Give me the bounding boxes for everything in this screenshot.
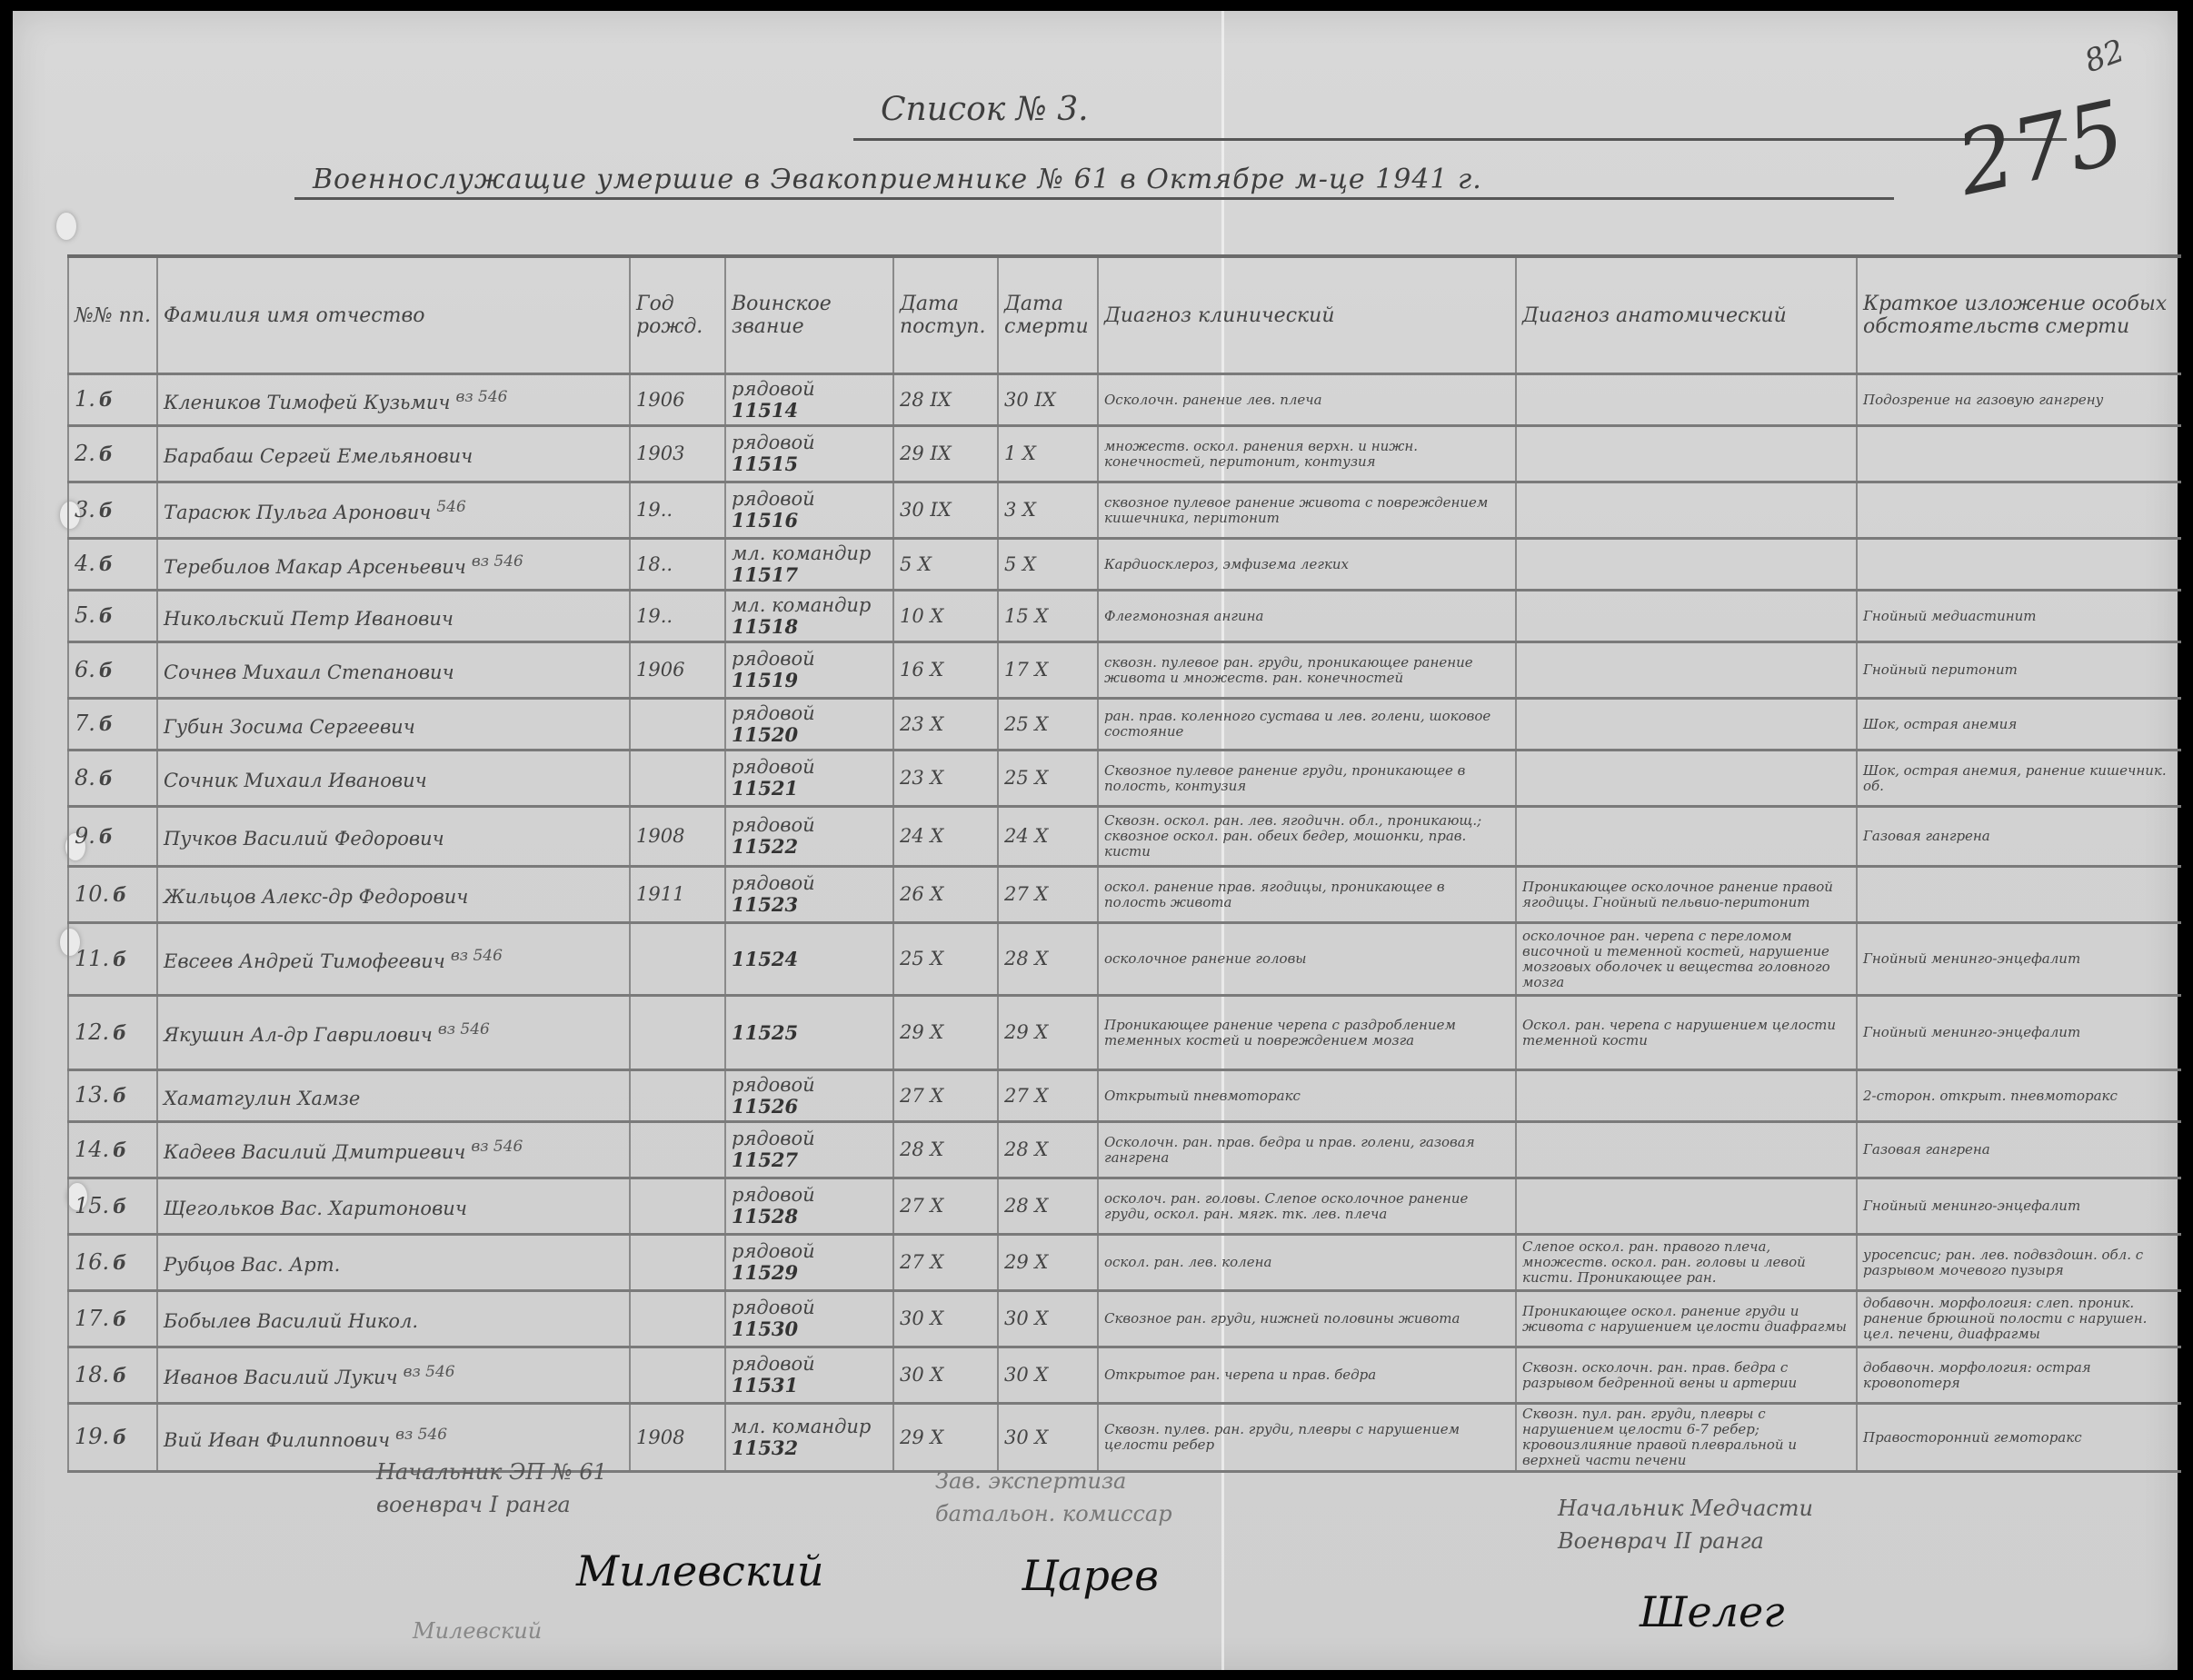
- circumstances: 2-сторон. открыт. пневмоторакс: [1857, 1070, 2181, 1122]
- date-admitted: 27 X: [893, 1235, 998, 1291]
- soldier-name: Пучков Василий Федорович: [164, 828, 444, 850]
- rank: рядовой: [732, 488, 815, 510]
- registration-number: 11521: [732, 777, 798, 800]
- diagnosis-anatomical: [1516, 591, 1857, 642]
- soldier-name: Евсеев Андрей Тимофеевич: [164, 950, 445, 972]
- row-number: 18.: [75, 1362, 109, 1387]
- row-mark: б: [113, 1251, 126, 1274]
- circumstances: Гнойный менинго-энцефалит: [1857, 996, 2181, 1070]
- registration-number: 11520: [732, 723, 798, 746]
- rank: рядовой: [732, 1240, 815, 1262]
- date-death: 24 X: [998, 807, 1098, 867]
- diagnosis-anatomical: Сквозн. осколочн. ран. прав. бедра с раз…: [1516, 1347, 1857, 1404]
- birth-year: 18..: [630, 539, 725, 591]
- row-mark: б: [99, 442, 113, 465]
- diagnosis-clinical: сквозное пулевое ранение живота с повреж…: [1098, 482, 1516, 539]
- birth-year: [630, 1122, 725, 1178]
- soldier-name: Барабаш Сергей Емельянович: [164, 445, 473, 467]
- birth-year: 1906: [630, 374, 725, 426]
- table-row: 15.бЩегольков Вас. Харитоновичрядовой 11…: [68, 1178, 2181, 1235]
- date-death: 30 X: [998, 1291, 1098, 1347]
- circumstances: [1857, 426, 2181, 482]
- registration-number: 11514: [732, 399, 798, 422]
- diagnosis-clinical: Сквозное ран. груди, нижней половины жив…: [1098, 1291, 1516, 1347]
- header-rank: Воинское звание: [725, 256, 893, 374]
- date-admitted: 30 X: [893, 1291, 998, 1347]
- diagnosis-anatomical: [1516, 539, 1857, 591]
- signatory-title: Зав. экспертиза: [935, 1465, 1172, 1497]
- diagnosis-anatomical: Сквозн. пул. ран. груди, плевры с наруше…: [1516, 1404, 1857, 1472]
- date-death: 28 X: [998, 1122, 1098, 1178]
- table-row: 11.бЕвсеев Андрей Тимофеевичвз 546 11524…: [68, 923, 2181, 996]
- row-number: 6.: [75, 657, 95, 682]
- header-date-death: Дата смерти: [998, 256, 1098, 374]
- signature-medical-chief: Шелег: [1640, 1587, 1784, 1636]
- header-diagnosis-clinical: Диагноз клинический: [1098, 256, 1516, 374]
- rank: мл. командир: [732, 594, 871, 616]
- circumstances: Подозрение на газовую гангрену: [1857, 374, 2181, 426]
- circumstances: Гнойный перитонит: [1857, 642, 2181, 699]
- diagnosis-anatomical: [1516, 699, 1857, 751]
- document-page: Список № 3. Военнослужащие умершие в Эва…: [13, 11, 2178, 1670]
- row-mark: б: [113, 1307, 126, 1330]
- soldier-name: Иванов Василий Лукич: [164, 1367, 398, 1388]
- burial-note: 546: [436, 498, 465, 516]
- diagnosis-anatomical: Слепое оскол. ран. правого плеча, множес…: [1516, 1235, 1857, 1291]
- burial-note: вз 546: [455, 388, 507, 406]
- soldier-name: Якушин Ал-др Гаврилович: [164, 1024, 433, 1046]
- diagnosis-anatomical: [1516, 482, 1857, 539]
- date-death: 17 X: [998, 642, 1098, 699]
- soldier-name: Клеников Тимофей Кузьмич: [164, 392, 450, 413]
- diagnosis-clinical: Проникающее ранение черепа с раздроблени…: [1098, 996, 1516, 1070]
- date-death: 28 X: [998, 923, 1098, 996]
- diagnosis-clinical: Сквозн. пулев. ран. груди, плевры с нару…: [1098, 1404, 1516, 1472]
- diagnosis-anatomical: [1516, 426, 1857, 482]
- soldier-name: Вий Иван Филиппович: [164, 1429, 390, 1451]
- table-row: 17.бБобылев Василий Никол.рядовой 115303…: [68, 1291, 2181, 1347]
- circumstances: Шок, острая анемия: [1857, 699, 2181, 751]
- row-mark: б: [99, 712, 113, 735]
- date-death: 25 X: [998, 699, 1098, 751]
- registration-number: 11516: [732, 509, 798, 532]
- signature-block-medical-chief: Начальник Медчасти Военврач II ранга: [1558, 1492, 1813, 1557]
- soldier-name: Теребилов Макар Арсеньевич: [164, 556, 466, 578]
- burial-note: вз 546: [471, 1138, 523, 1156]
- row-mark: б: [113, 1426, 126, 1448]
- signatory-rank: военврач I ранга: [376, 1488, 607, 1521]
- signatory-title: Начальник Медчасти: [1558, 1492, 1813, 1525]
- row-number: 5.: [75, 602, 95, 628]
- rank: мл. командир: [732, 1416, 871, 1437]
- soldier-name: Рубцов Вас. Арт.: [164, 1254, 340, 1276]
- row-mark: б: [99, 659, 113, 681]
- row-mark: б: [99, 499, 113, 522]
- diagnosis-clinical: Сквозное пулевое ранение груди, проникаю…: [1098, 751, 1516, 807]
- date-death: 1 X: [998, 426, 1098, 482]
- header-date-admitted: Дата поступ.: [893, 256, 998, 374]
- diagnosis-clinical: множеств. оскол. ранения верхн. и нижн. …: [1098, 426, 1516, 482]
- table-row: 8.бСочник Михаил Ивановичрядовой 1152123…: [68, 751, 2181, 807]
- header-num: №№ пп.: [68, 256, 157, 374]
- circumstances: добавочн. морфология: слеп. проник. ране…: [1857, 1291, 2181, 1347]
- row-number: 11.: [75, 946, 109, 971]
- circumstances: Шок, острая анемия, ранение кишечник. об…: [1857, 751, 2181, 807]
- diagnosis-clinical: Осколочн. ран. прав. бедра и прав. голен…: [1098, 1122, 1516, 1178]
- row-number: 19.: [75, 1424, 109, 1449]
- row-number: 2.: [75, 441, 95, 466]
- burial-note: вз 546: [404, 1363, 455, 1381]
- date-admitted: 24 X: [893, 807, 998, 867]
- diagnosis-anatomical: Проникающее оскол. ранение груди и живот…: [1516, 1291, 1857, 1347]
- birth-year: 1908: [630, 1404, 725, 1472]
- signature-expert: Царев: [1022, 1551, 1159, 1600]
- birth-year: [630, 699, 725, 751]
- burial-note: вз 546: [451, 947, 503, 965]
- row-number: 1.: [75, 386, 95, 412]
- date-death: 25 X: [998, 751, 1098, 807]
- diagnosis-clinical: оскол. ранение прав. ягодицы, проникающе…: [1098, 867, 1516, 923]
- table-row: 16.бРубцов Вас. Арт.рядовой 1152927 X29 …: [68, 1235, 2181, 1291]
- date-admitted: 25 X: [893, 923, 998, 996]
- date-death: 27 X: [998, 1070, 1098, 1122]
- row-number: 14.: [75, 1137, 109, 1162]
- circumstances: Гнойный менинго-энцефалит: [1857, 1178, 2181, 1235]
- birth-year: 19..: [630, 482, 725, 539]
- rank: рядовой: [732, 1184, 815, 1206]
- circumstances: Правосторонний гемоторакс: [1857, 1404, 2181, 1472]
- date-admitted: 29 X: [893, 996, 998, 1070]
- date-death: 27 X: [998, 867, 1098, 923]
- registration-number: 11528: [732, 1205, 798, 1228]
- birth-year: 1906: [630, 642, 725, 699]
- row-mark: б: [99, 388, 113, 411]
- table-row: 7.бГубин Зосима Сергеевичрядовой 1152023…: [68, 699, 2181, 751]
- date-admitted: 23 X: [893, 751, 998, 807]
- registration-number: 11523: [732, 893, 798, 916]
- diagnosis-anatomical: [1516, 1070, 1857, 1122]
- diagnosis-clinical: осколочное ранение головы: [1098, 923, 1516, 996]
- burial-note: вз 546: [472, 552, 523, 571]
- diagnosis-clinical: Кардиосклероз, эмфизема легких: [1098, 539, 1516, 591]
- row-mark: б: [99, 552, 113, 575]
- burial-note: вз 546: [395, 1426, 447, 1444]
- rank: рядовой: [732, 648, 815, 670]
- diagnosis-anatomical: осколочное ран. черепа с переломом височ…: [1516, 923, 1857, 996]
- date-admitted: 27 X: [893, 1178, 998, 1235]
- date-death: 3 X: [998, 482, 1098, 539]
- registration-number: 11519: [732, 669, 798, 691]
- diagnosis-clinical: Флегмонозная ангина: [1098, 591, 1516, 642]
- document-subtitle: Военнослужащие умершие в Эвакоприемнике …: [313, 164, 1482, 195]
- registration-number: 11522: [732, 835, 798, 858]
- birth-year: [630, 751, 725, 807]
- row-number: 13.: [75, 1082, 109, 1108]
- registration-number: 11518: [732, 615, 798, 638]
- archive-page-number: 275: [1949, 81, 2133, 215]
- date-death: 30 X: [998, 1404, 1098, 1472]
- signature-block-expert: Зав. экспертиза батальон. комиссар: [935, 1465, 1172, 1530]
- table-row: 14.бКадеев Василий Дмитриевичвз 546рядов…: [68, 1122, 2181, 1178]
- registration-number: 11524: [732, 948, 798, 970]
- date-admitted: 28 IX: [893, 374, 998, 426]
- rank: рядовой: [732, 814, 815, 836]
- row-number: 16.: [75, 1249, 109, 1275]
- date-admitted: 28 X: [893, 1122, 998, 1178]
- row-number: 4.: [75, 551, 95, 576]
- rank: рядовой: [732, 872, 815, 894]
- header-birth-year: Год рожд.: [630, 256, 725, 374]
- diagnosis-anatomical: [1516, 642, 1857, 699]
- birth-year: 19..: [630, 591, 725, 642]
- soldier-name: Сочнев Михаил Степанович: [164, 661, 454, 683]
- birth-year: [630, 1347, 725, 1404]
- birth-year: [630, 1291, 725, 1347]
- diagnosis-clinical: оскол. ран. лев. колена: [1098, 1235, 1516, 1291]
- diagnosis-anatomical: [1516, 1122, 1857, 1178]
- birth-year: [630, 996, 725, 1070]
- rank: рядовой: [732, 1128, 815, 1149]
- row-mark: б: [113, 1084, 126, 1107]
- registration-number: 11527: [732, 1148, 798, 1171]
- burial-note: вз 546: [438, 1020, 490, 1039]
- registration-number: 11530: [732, 1317, 798, 1340]
- diagnosis-anatomical: [1516, 374, 1857, 426]
- soldier-name: Сочник Михаил Иванович: [164, 770, 427, 791]
- date-death: 28 X: [998, 1178, 1098, 1235]
- row-number: 10.: [75, 881, 109, 907]
- title-underline: [853, 138, 2067, 141]
- row-number: 3.: [75, 497, 95, 522]
- table-row: 4.бТеребилов Макар Арсеньевичвз 54618..м…: [68, 539, 2181, 591]
- document-title: Список № 3.: [881, 91, 1089, 128]
- table-row: 3.бТарасюк Пульга Аронович54619..рядовой…: [68, 482, 2181, 539]
- diagnosis-clinical: Осколочн. ранение лев. плеча: [1098, 374, 1516, 426]
- header-diagnosis-anatomical: Диагноз анатомический: [1516, 256, 1857, 374]
- diagnosis-anatomical: [1516, 1178, 1857, 1235]
- diagnosis-clinical: сквозн. пулевое ран. груди, проникающее …: [1098, 642, 1516, 699]
- rank: рядовой: [732, 1297, 815, 1318]
- row-number: 12.: [75, 1019, 109, 1045]
- row-mark: б: [113, 883, 126, 906]
- rank: рядовой: [732, 1074, 815, 1096]
- soldier-name: Бобылев Василий Никол.: [164, 1310, 418, 1332]
- signatory-rank: Военврач II ранга: [1558, 1525, 1813, 1557]
- circumstances: добавочн. морфология: острая кровопотеря: [1857, 1347, 2181, 1404]
- registration-number: 11526: [732, 1095, 798, 1118]
- registration-number: 11515: [732, 452, 798, 475]
- date-admitted: 27 X: [893, 1070, 998, 1122]
- registration-number: 11529: [732, 1261, 798, 1284]
- table-header-row: №№ пп. Фамилия имя отчество Год рожд. Во…: [68, 256, 2181, 374]
- signatory-name-below: Милевский: [413, 1615, 542, 1647]
- registration-number: 11531: [732, 1374, 798, 1397]
- archive-old-number: 82: [2079, 33, 2128, 80]
- row-number: 17.: [75, 1306, 109, 1331]
- birth-year: [630, 1178, 725, 1235]
- rank: рядовой: [732, 378, 815, 400]
- circumstances: [1857, 539, 2181, 591]
- registration-number: 11525: [732, 1021, 798, 1044]
- row-mark: б: [113, 1138, 126, 1161]
- table-row: 6.бСочнев Михаил Степанович1906рядовой 1…: [68, 642, 2181, 699]
- row-mark: б: [113, 1195, 126, 1218]
- row-mark: б: [113, 1364, 126, 1387]
- diagnosis-clinical: Открытое ран. черепа и прав. бедра: [1098, 1347, 1516, 1404]
- registration-number: 11532: [732, 1436, 798, 1459]
- birth-year: 1908: [630, 807, 725, 867]
- signatory-rank: батальон. комиссар: [935, 1497, 1172, 1530]
- diagnosis-anatomical: [1516, 807, 1857, 867]
- table-row: 10.бЖильцов Алекс-др Федорович1911рядово…: [68, 867, 2181, 923]
- signature-chief: Милевский: [576, 1546, 824, 1596]
- header-circumstances: Краткое изложение особых обстоятельств с…: [1857, 256, 2181, 374]
- date-death: 5 X: [998, 539, 1098, 591]
- date-admitted: 29 IX: [893, 426, 998, 482]
- subtitle-underline: [294, 197, 1894, 200]
- date-death: 15 X: [998, 591, 1098, 642]
- table-row: 5.бНикольский Петр Иванович19..мл. коман…: [68, 591, 2181, 642]
- birth-year: [630, 1070, 725, 1122]
- soldier-name: Щегольков Вас. Харитонович: [164, 1198, 467, 1219]
- diagnosis-clinical: ран. прав. коленного сустава и лев. голе…: [1098, 699, 1516, 751]
- circumstances: Газовая гангрена: [1857, 807, 2181, 867]
- soldier-name: Кадеев Василий Дмитриевич: [164, 1141, 465, 1163]
- birth-year: [630, 1235, 725, 1291]
- circumstances: уросепсис; ран. лев. подвздошн. обл. с р…: [1857, 1235, 2181, 1291]
- birth-year: [630, 923, 725, 996]
- table-row: 18.бИванов Василий Лукичвз 546рядовой 11…: [68, 1347, 2181, 1404]
- header-name: Фамилия имя отчество: [157, 256, 630, 374]
- date-death: 30 IX: [998, 374, 1098, 426]
- soldier-name: Тарасюк Пульга Аронович: [164, 502, 431, 523]
- date-death: 30 X: [998, 1347, 1098, 1404]
- row-mark: б: [99, 604, 113, 627]
- rank: рядовой: [732, 756, 815, 778]
- row-number: 8.: [75, 765, 95, 790]
- date-admitted: 30 IX: [893, 482, 998, 539]
- row-mark: б: [99, 825, 113, 848]
- circumstances: Гнойный менинго-энцефалит: [1857, 923, 2181, 996]
- row-mark: б: [113, 948, 126, 970]
- rank: рядовой: [732, 432, 815, 453]
- table-row: 9.бПучков Василий Федорович1908рядовой 1…: [68, 807, 2181, 867]
- signature-block-chief: Начальник ЭП № 61 военврач I ранга: [376, 1456, 607, 1521]
- birth-year: 1911: [630, 867, 725, 923]
- table-row: 1.бКлеников Тимофей Кузьмичвз 5461906ряд…: [68, 374, 2181, 426]
- diagnosis-clinical: Сквозн. оскол. ран. лев. ягодичн. обл., …: [1098, 807, 1516, 867]
- deaths-table: №№ пп. Фамилия имя отчество Год рожд. Во…: [67, 254, 2181, 1473]
- soldier-name: Хаматгулин Хамзе: [164, 1088, 360, 1109]
- soldier-name: Никольский Петр Иванович: [164, 608, 454, 630]
- birth-year: 1903: [630, 426, 725, 482]
- rank: мл. командир: [732, 542, 871, 564]
- table-row: 2.бБарабаш Сергей Емельянович1903рядовой…: [68, 426, 2181, 482]
- circumstances: Газовая гангрена: [1857, 1122, 2181, 1178]
- date-admitted: 30 X: [893, 1347, 998, 1404]
- table-row: 12.бЯкушин Ал-др Гавриловичвз 546 115252…: [68, 996, 2181, 1070]
- registration-number: 11517: [732, 563, 798, 586]
- row-number: 15.: [75, 1193, 109, 1218]
- row-mark: б: [113, 1021, 126, 1044]
- date-death: 29 X: [998, 1235, 1098, 1291]
- rank: рядовой: [732, 1353, 815, 1375]
- row-number: 9.: [75, 823, 95, 849]
- date-admitted: 29 X: [893, 1404, 998, 1472]
- diagnosis-clinical: Открытый пневмоторакс: [1098, 1070, 1516, 1122]
- diagnosis-anatomical: [1516, 751, 1857, 807]
- date-admitted: 26 X: [893, 867, 998, 923]
- diagnosis-clinical: осколоч. ран. головы. Слепое осколочное …: [1098, 1178, 1516, 1235]
- table-row: 13.бХаматгулин Хамзерядовой 1152627 X27 …: [68, 1070, 2181, 1122]
- diagnosis-anatomical: Проникающее осколочное ранение правой яг…: [1516, 867, 1857, 923]
- date-admitted: 16 X: [893, 642, 998, 699]
- rank: рядовой: [732, 702, 815, 724]
- diagnosis-anatomical: Оскол. ран. черепа с нарушением целости …: [1516, 996, 1857, 1070]
- soldier-name: Жильцов Алекс-др Федорович: [164, 886, 468, 908]
- punch-hole: [56, 213, 76, 240]
- date-admitted: 10 X: [893, 591, 998, 642]
- row-mark: б: [99, 767, 113, 790]
- soldier-name: Губин Зосима Сергеевич: [164, 716, 415, 738]
- date-admitted: 5 X: [893, 539, 998, 591]
- row-number: 7.: [75, 711, 95, 736]
- circumstances: [1857, 482, 2181, 539]
- date-admitted: 23 X: [893, 699, 998, 751]
- circumstances: Гнойный медиастинит: [1857, 591, 2181, 642]
- signatory-title: Начальник ЭП № 61: [376, 1456, 607, 1488]
- date-death: 29 X: [998, 996, 1098, 1070]
- circumstances: [1857, 867, 2181, 923]
